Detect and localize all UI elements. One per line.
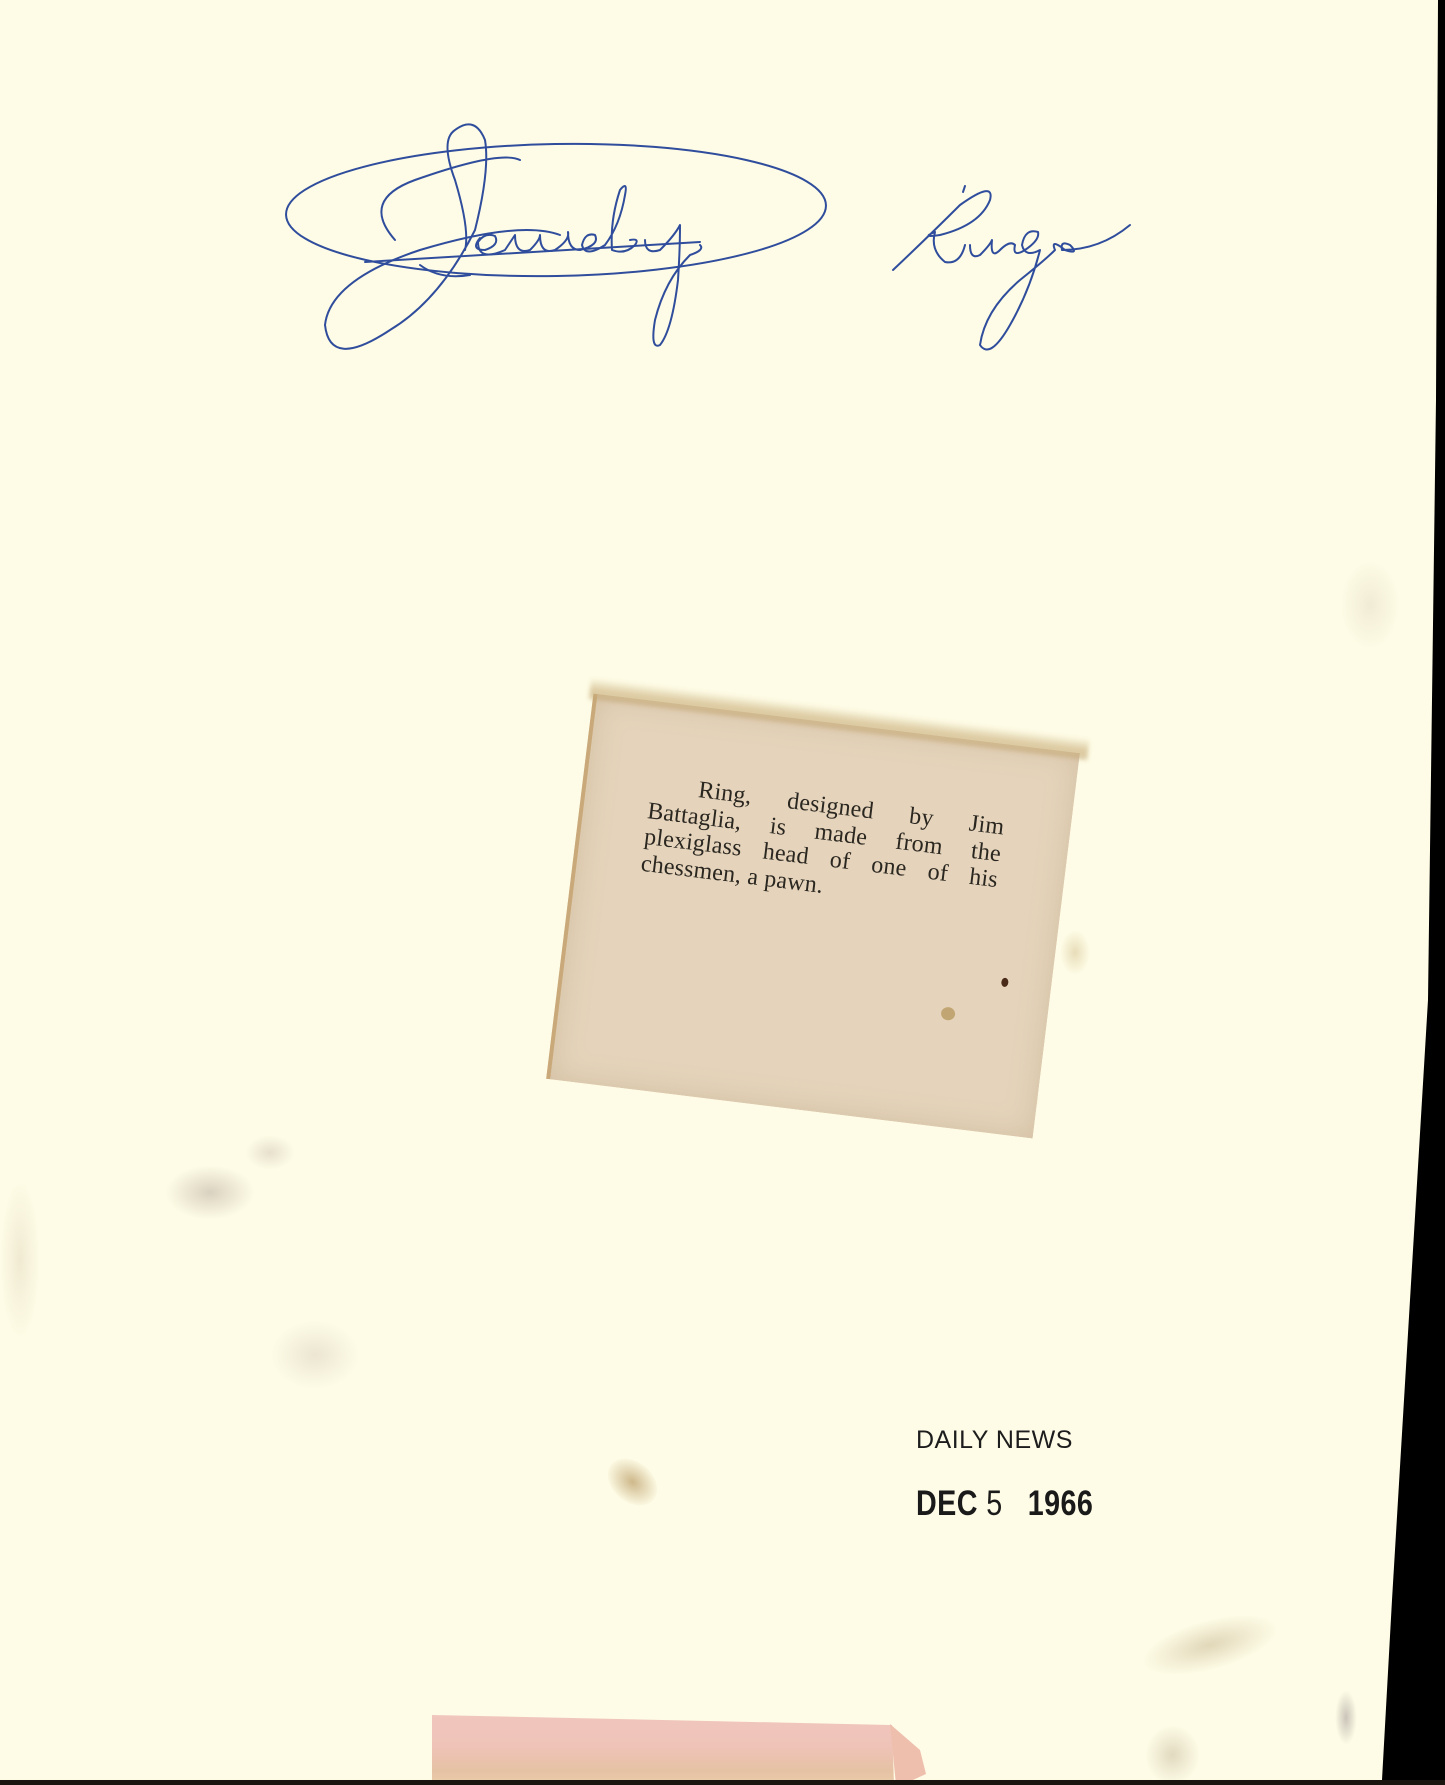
handwritten-label: Jewelry bbox=[0, 0, 1445, 420]
smudge-stain bbox=[245, 1135, 295, 1170]
photo-back-paper: Jewelry Ring, designed by Jim Battaglia,… bbox=[0, 0, 1445, 1785]
pink-tape-flap bbox=[890, 1724, 930, 1785]
handwritten-rings bbox=[893, 191, 1130, 349]
oval-circle-mark bbox=[285, 139, 827, 280]
scan-border-bottom bbox=[0, 1780, 1445, 1785]
water-stain bbox=[1145, 1725, 1200, 1785]
smudge-stain bbox=[0, 1180, 40, 1340]
clipping-caption: Ring, designed by Jim Battaglia, is made… bbox=[640, 771, 1006, 920]
water-stain bbox=[1136, 1603, 1284, 1688]
date-stamp: DEC 5 1966 bbox=[916, 1484, 1093, 1524]
smudge-stain bbox=[1340, 560, 1400, 650]
handwritten-jewelry bbox=[325, 124, 560, 348]
newspaper-clipping: Ring, designed by Jim Battaglia, is made… bbox=[546, 694, 1080, 1139]
stain-spot bbox=[940, 1006, 955, 1021]
smudge-stain bbox=[165, 1165, 255, 1220]
stain-spot bbox=[1001, 977, 1009, 987]
pink-tape-strip bbox=[432, 1715, 902, 1785]
date-day: 5 bbox=[986, 1484, 1002, 1524]
water-stain bbox=[599, 1449, 667, 1515]
publisher-stamp: DAILY NEWS bbox=[916, 1426, 1073, 1455]
date-year: 1966 bbox=[1028, 1484, 1093, 1524]
smudge-stain bbox=[270, 1320, 360, 1390]
date-month: DEC bbox=[916, 1484, 978, 1524]
water-stain bbox=[1060, 930, 1090, 975]
smudge-stain bbox=[1335, 1690, 1357, 1745]
